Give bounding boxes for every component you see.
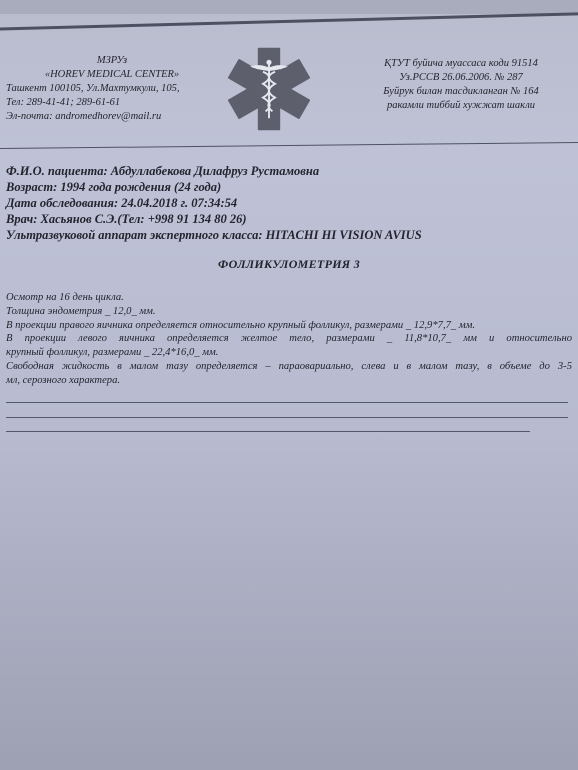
blank-line-1 — [6, 402, 568, 403]
star-of-life-caduceus-icon — [226, 46, 312, 132]
org-short: МЗРУз — [6, 54, 206, 68]
left-ovary-finding-line-1: В проекции левого яичника определяется ж… — [6, 332, 572, 346]
clinic-address: Ташкент 100105, Ул.Махтумкули, 105, — [6, 82, 206, 96]
header-divider — [0, 142, 578, 149]
blank-line-2 — [6, 417, 568, 418]
registration-line-1: ҚТУТ буйича муассаса коди 91514 — [356, 57, 566, 71]
free-fluid-finding-line-2: мл, серозного характера. — [6, 374, 572, 388]
patient-age: Возраст: 1994 года рождения (24 года) — [6, 179, 422, 195]
patient-info: Ф.И.О. пациента: Абдуллабекова Дилафруз … — [6, 163, 422, 243]
exam-date: Дата обследования: 24.04.2018 г. 07:34:5… — [6, 195, 422, 211]
registration-line-3: Буйрук билан тасдикланган № 164 — [356, 85, 566, 99]
right-ovary-finding: В проекции правого яичника определяется … — [6, 319, 572, 333]
clinic-phone: Тел: 289-41-41; 289-61-61 — [6, 96, 206, 110]
doctor: Врач: Хасьянов С.Э.(Тел: +998 91 134 80 … — [6, 211, 422, 227]
document-page: МЗРУз «HOREV MEDICAL CENTER» Ташкент 100… — [0, 0, 578, 770]
org-name: «HOREV MEDICAL CENTER» — [6, 68, 206, 82]
cycle-day: Осмотр на 16 день цикла. — [6, 291, 572, 305]
blank-line-3 — [6, 431, 530, 432]
report-findings: Осмотр на 16 день цикла. Толщина эндомет… — [6, 291, 572, 388]
patient-name: Ф.И.О. пациента: Абдуллабекова Дилафруз … — [6, 163, 422, 179]
report-title: ФОЛЛИКУЛОМЕТРИЯ 3 — [0, 257, 578, 272]
free-fluid-finding-line-1: Свободная жидкость в малом тазу определя… — [6, 360, 572, 374]
clinic-header: МЗРУз «HOREV MEDICAL CENTER» Ташкент 100… — [6, 54, 206, 124]
photo-shading — [0, 440, 578, 770]
registration-line-4: ракамли тиббий хужжат шакли — [356, 99, 566, 113]
page-top-edge — [0, 12, 578, 31]
registration-header: ҚТУТ буйича муассаса коди 91514 Уз.РССВ … — [356, 57, 566, 113]
clinic-email: Эл-почта: andromedhorev@mail.ru — [6, 110, 206, 124]
left-ovary-finding-line-2: крупный фолликул, размерами _ 22,4*16,0_… — [6, 346, 572, 360]
ultrasound-device: Ультразвуковой аппарат экспертного класс… — [6, 227, 422, 243]
background-above-page — [0, 0, 578, 14]
registration-line-2: Уз.РССВ 26.06.2006. № 287 — [356, 71, 566, 85]
endometrium-thickness: Толщина эндометрия _ 12,0_ мм. — [6, 305, 572, 319]
